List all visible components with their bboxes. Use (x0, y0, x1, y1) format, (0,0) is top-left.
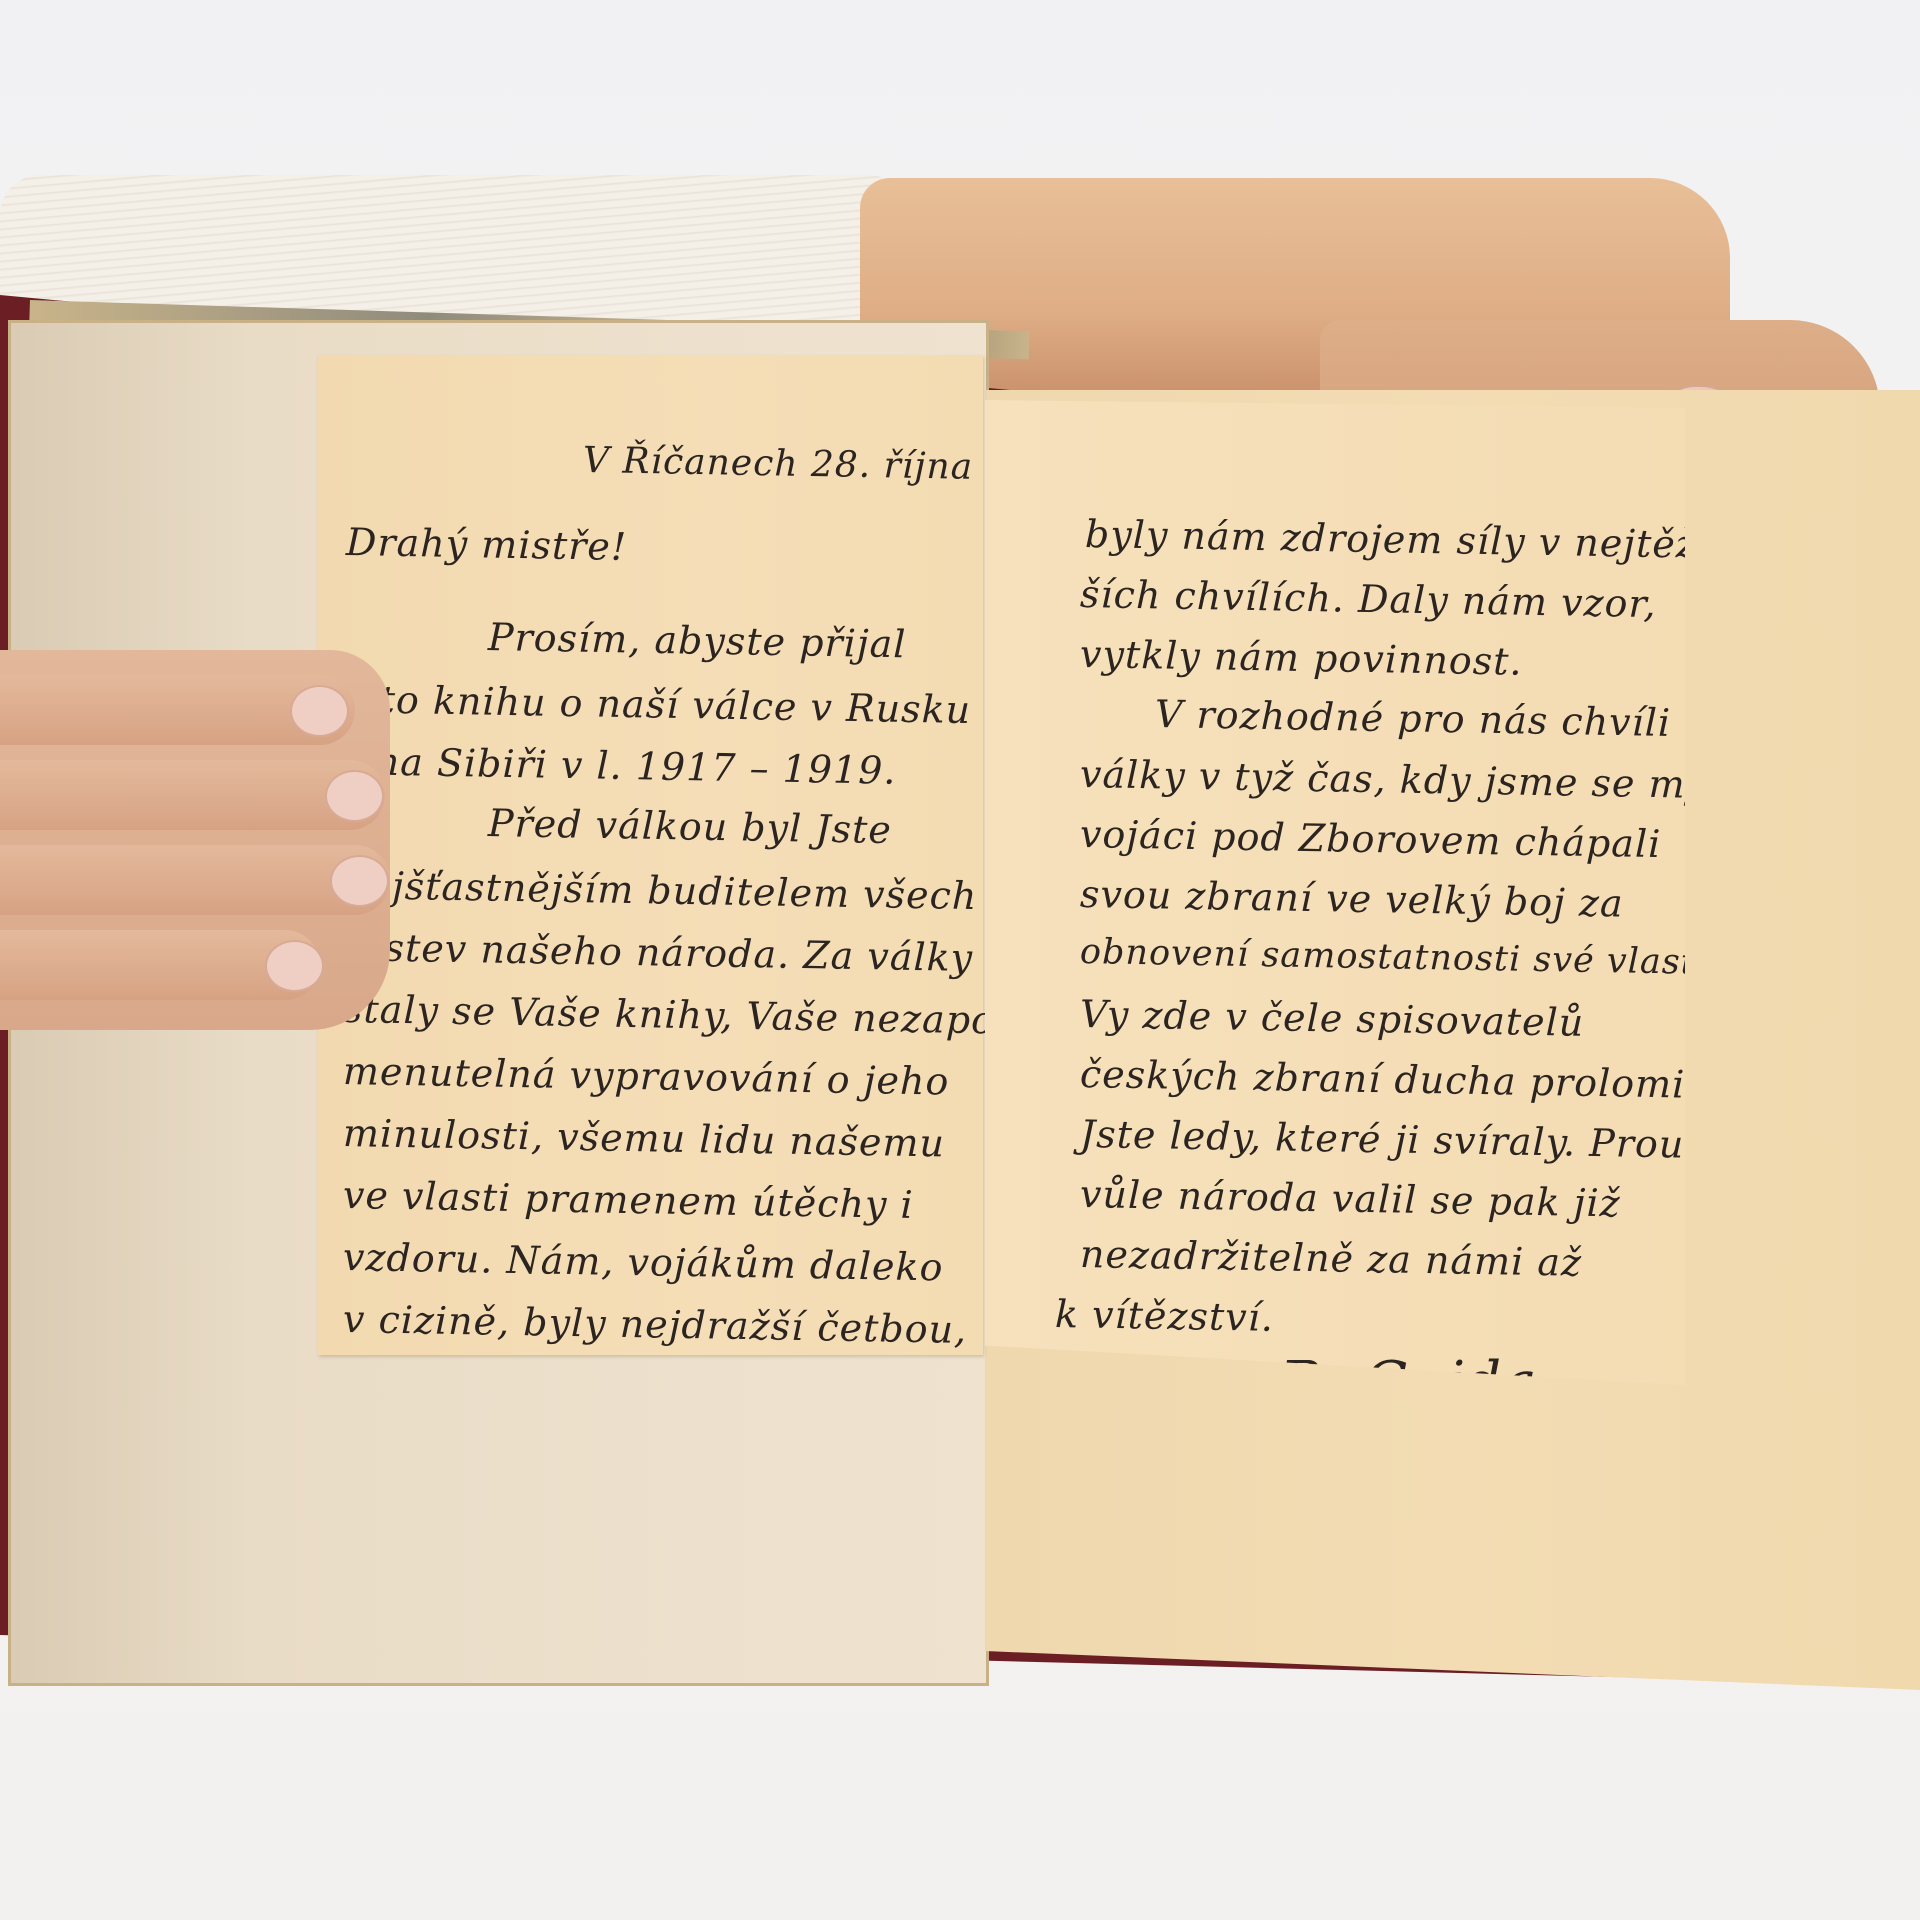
letter-sheet-right: byly nám zdrojem síly v nejtěž- ších chv… (985, 400, 1685, 1385)
letter-line: k vítězství. (1055, 1292, 1275, 1340)
letter-line: nejšťastnějším buditelem všech (343, 863, 978, 918)
letter-line: Vy zde v čele spisovatelů (1080, 992, 1585, 1045)
fingernail (330, 855, 389, 907)
fingernail (290, 685, 349, 737)
letter-line: vojáci pod Zborovem chápali (1080, 812, 1662, 866)
letter-line: byly nám zdrojem síly v nejtěž- (1085, 512, 1711, 567)
letter-line: svou zbraní ve velký boj za (1080, 872, 1624, 925)
letter-sheet-left: V Říčanech 28. října 1920 Drahý mistře! … (318, 355, 983, 1355)
letter-salutation: Drahý mistře! (346, 520, 628, 569)
letter-line: ších chvílích. Daly nám vzor, (1080, 572, 1657, 626)
letter-line: V rozhodné pro nás chvíli (1155, 692, 1672, 745)
letter-line: v cizině, byly nejdražší četbou, (343, 1297, 968, 1352)
letter-line: Jste ledy, které ji svíraly. Proud (1080, 1112, 1710, 1167)
letter-line: vytkly nám povinnost. (1080, 632, 1523, 684)
letter-line: vůle národa valil se pak již (1080, 1172, 1621, 1225)
fingernail (325, 770, 384, 822)
letter-line: staly se Vaše knihy, Vaše nezapo- (343, 987, 1010, 1043)
letter-line: tuto knihu o naší válce v Rusku (338, 677, 972, 732)
letter-line: minulosti, všemu lidu našemu (343, 1111, 946, 1166)
letter-line: vzdoru. Nám, vojákům daleko (343, 1235, 944, 1289)
letter-line: a na Sibiři v l. 1917 – 1919. (338, 739, 897, 793)
letter-line: Prosím, abyste přijal (488, 615, 907, 666)
fingernail (265, 940, 324, 992)
letter-line: menutelná vypravování o jeho (343, 1049, 950, 1104)
letter-line: nezadržitelně za námi až (1080, 1232, 1583, 1285)
letter-line: vrstev našeho národa. Za války (343, 925, 974, 980)
letter-line: války v tyž čas, kdy jsme se my (1080, 752, 1709, 807)
left-hand (0, 650, 390, 1030)
letter-line: českých zbraní ducha prolomil (1080, 1052, 1699, 1107)
letter-line: obnovení samostatnosti své vlasti, (1080, 932, 1721, 983)
letter-line: ve vlasti pramenem útěchy i (343, 1173, 914, 1227)
letter-line: Před válkou byl Jste (488, 801, 893, 852)
